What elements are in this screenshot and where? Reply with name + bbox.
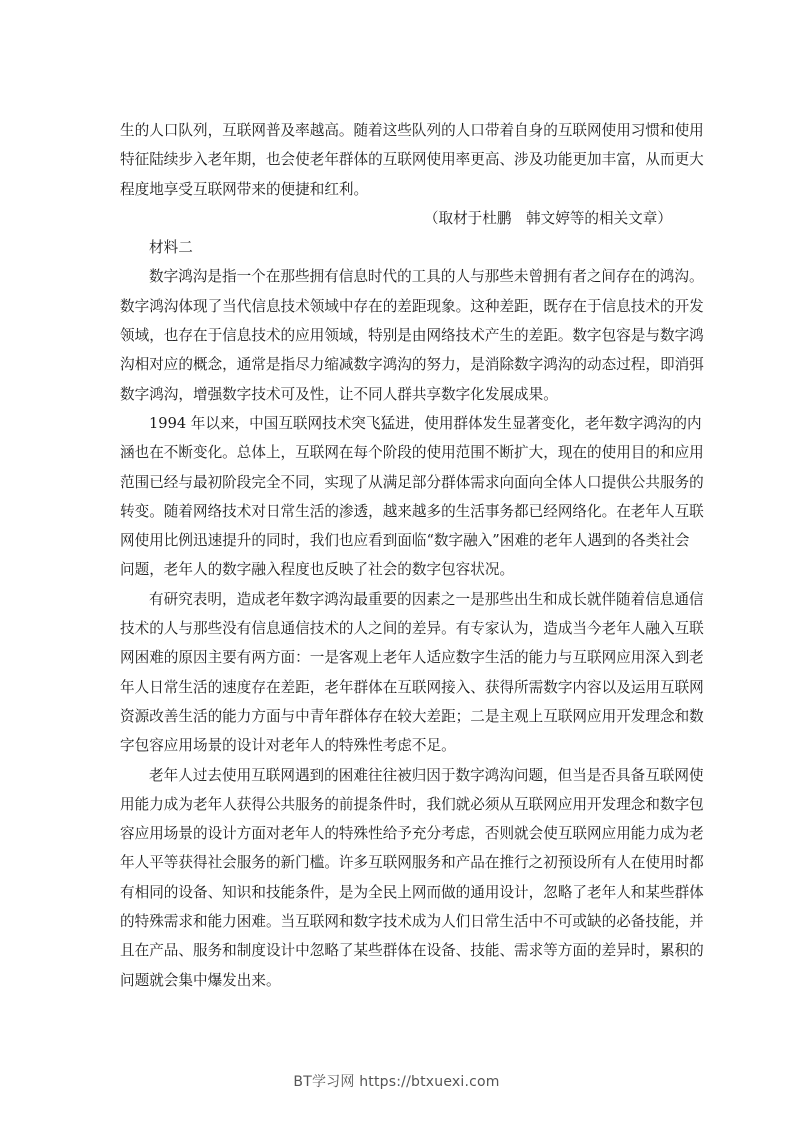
footer-watermark: BT学习网 https://btxuexi.com: [0, 1071, 793, 1091]
text-line: 用能力成为老年人获得公共服务的前提条件时，我们就必须从互联网应用开发理念和数字包: [120, 790, 678, 819]
paragraph-2: 1994 年以来，中国互联网技术突飞猛进，使用群体发生显著变化，老年数字鸿沟的内…: [120, 409, 678, 585]
paragraph-3: 有研究表明，造成老年数字鸿沟最重要的因素之一是那些出生和成长就伴随着信息通信 技…: [120, 585, 678, 761]
text-line: 数字鸿沟，增强数字技术可及性，让不同人群共享数字化发展成果。: [120, 380, 678, 409]
text-line: 范围已经与最初阶段完全不同，实现了从满足部分群体需求向面向全体人口提供公共服务的: [120, 468, 678, 497]
text-line: 数字鸿沟体现了当代信息技术领域中存在的差距现象。这种差距，既存在于信息技术的开发: [120, 292, 678, 321]
text-line: 字包容应用场景的设计对老年人的特殊性考虑不足。: [120, 731, 678, 760]
text-line: 转变。随着网络技术对日常生活的渗透，越来越多的生活事务都已经网络化。在老年人互联: [120, 497, 678, 526]
text-line: 领域，也存在于信息技术的应用领域，特别是由网络技术产生的差距。数字包容是与数字鸿: [120, 321, 678, 350]
text-line: 问题就会集中爆发出来。: [120, 966, 678, 995]
source-citation: （取材于杜鹏 韩文婷等的相关文章）: [120, 204, 678, 233]
text-line: 技术的人与那些没有信息通信技术的人之间的差异。有专家认为，造成当今老年人融入互联: [120, 614, 678, 643]
text-line: 网使用比例迅速提升的同时，我们也应看到面临“数字融入”困难的老年人遇到的各类社会: [120, 526, 678, 555]
text-line: 的特殊需求和能力困难。当互联网和数字技术成为人们日常生活中不可或缺的必备技能，并: [120, 907, 678, 936]
text-line: 老年人过去使用互联网遇到的困难往往被归因于数字鸿沟问题，但当是否具备互联网使: [120, 761, 678, 790]
text-line: 1994 年以来，中国互联网技术突飞猛进，使用群体发生显著变化，老年数字鸿沟的内: [120, 409, 678, 438]
text-line: 资源改善生活的能力方面与中青年群体存在较大差距；二是主观上互联网应用开发理念和数: [120, 702, 678, 731]
text-line: 年人平等获得社会服务的新门槛。许多互联网服务和产品在推行之初预设所有人在使用时都: [120, 848, 678, 877]
text-line: 问题，老年人的数字融入程度也反映了社会的数字包容状况。: [120, 555, 678, 584]
document-body: 生的人口队列，互联网普及率越高。随着这些队列的人口带着自身的互联网使用习惯和使用…: [120, 116, 678, 995]
text-line: 有相同的设备、知识和技能条件，是为全民上网而做的通用设计，忽略了老年人和某些群体: [120, 878, 678, 907]
text-line: 有研究表明，造成老年数字鸿沟最重要的因素之一是那些出生和成长就伴随着信息通信: [120, 585, 678, 614]
text-line: 程度地享受互联网带来的便捷和红利。: [120, 175, 678, 204]
section-heading: 材料二: [120, 233, 678, 262]
text-line: 数字鸿沟是指一个在那些拥有信息时代的工具的人与那些未曾拥有者之间存在的鸿沟。: [120, 262, 678, 291]
text-line: 年人日常生活的速度存在差距，老年群体在互联网接入、获得所需数字内容以及运用互联网: [120, 673, 678, 702]
text-line: 且在产品、服务和制度设计中忽略了某些群体在设备、技能、需求等方面的差异时，累积的: [120, 936, 678, 965]
continuation-paragraph: 生的人口队列，互联网普及率越高。随着这些队列的人口带着自身的互联网使用习惯和使用…: [120, 116, 678, 204]
text-line: 容应用场景的设计方面对老年人的特殊性给予充分考虑，否则就会使互联网应用能力成为老: [120, 819, 678, 848]
text-line: 生的人口队列，互联网普及率越高。随着这些队列的人口带着自身的互联网使用习惯和使用: [120, 116, 678, 145]
text-line: 沟相对应的概念，通常是指尽力缩减数字鸿沟的努力，是消除数字鸿沟的动态过程，即消弭: [120, 350, 678, 379]
text-line: 特征陆续步入老年期，也会使老年群体的互联网使用率更高、涉及功能更加丰富，从而更大: [120, 145, 678, 174]
paragraph-4: 老年人过去使用互联网遇到的困难往往被归因于数字鸿沟问题，但当是否具备互联网使 用…: [120, 761, 678, 995]
text-line: 涵也在不断变化。总体上，互联网在每个阶段的使用范围不断扩大，现在的使用目的和应用: [120, 438, 678, 467]
text-line: 网困难的原因主要有两方面：一是客观上老年人适应数字生活的能力与互联网应用深入到老: [120, 643, 678, 672]
paragraph-1: 数字鸿沟是指一个在那些拥有信息时代的工具的人与那些未曾拥有者之间存在的鸿沟。 数…: [120, 262, 678, 408]
